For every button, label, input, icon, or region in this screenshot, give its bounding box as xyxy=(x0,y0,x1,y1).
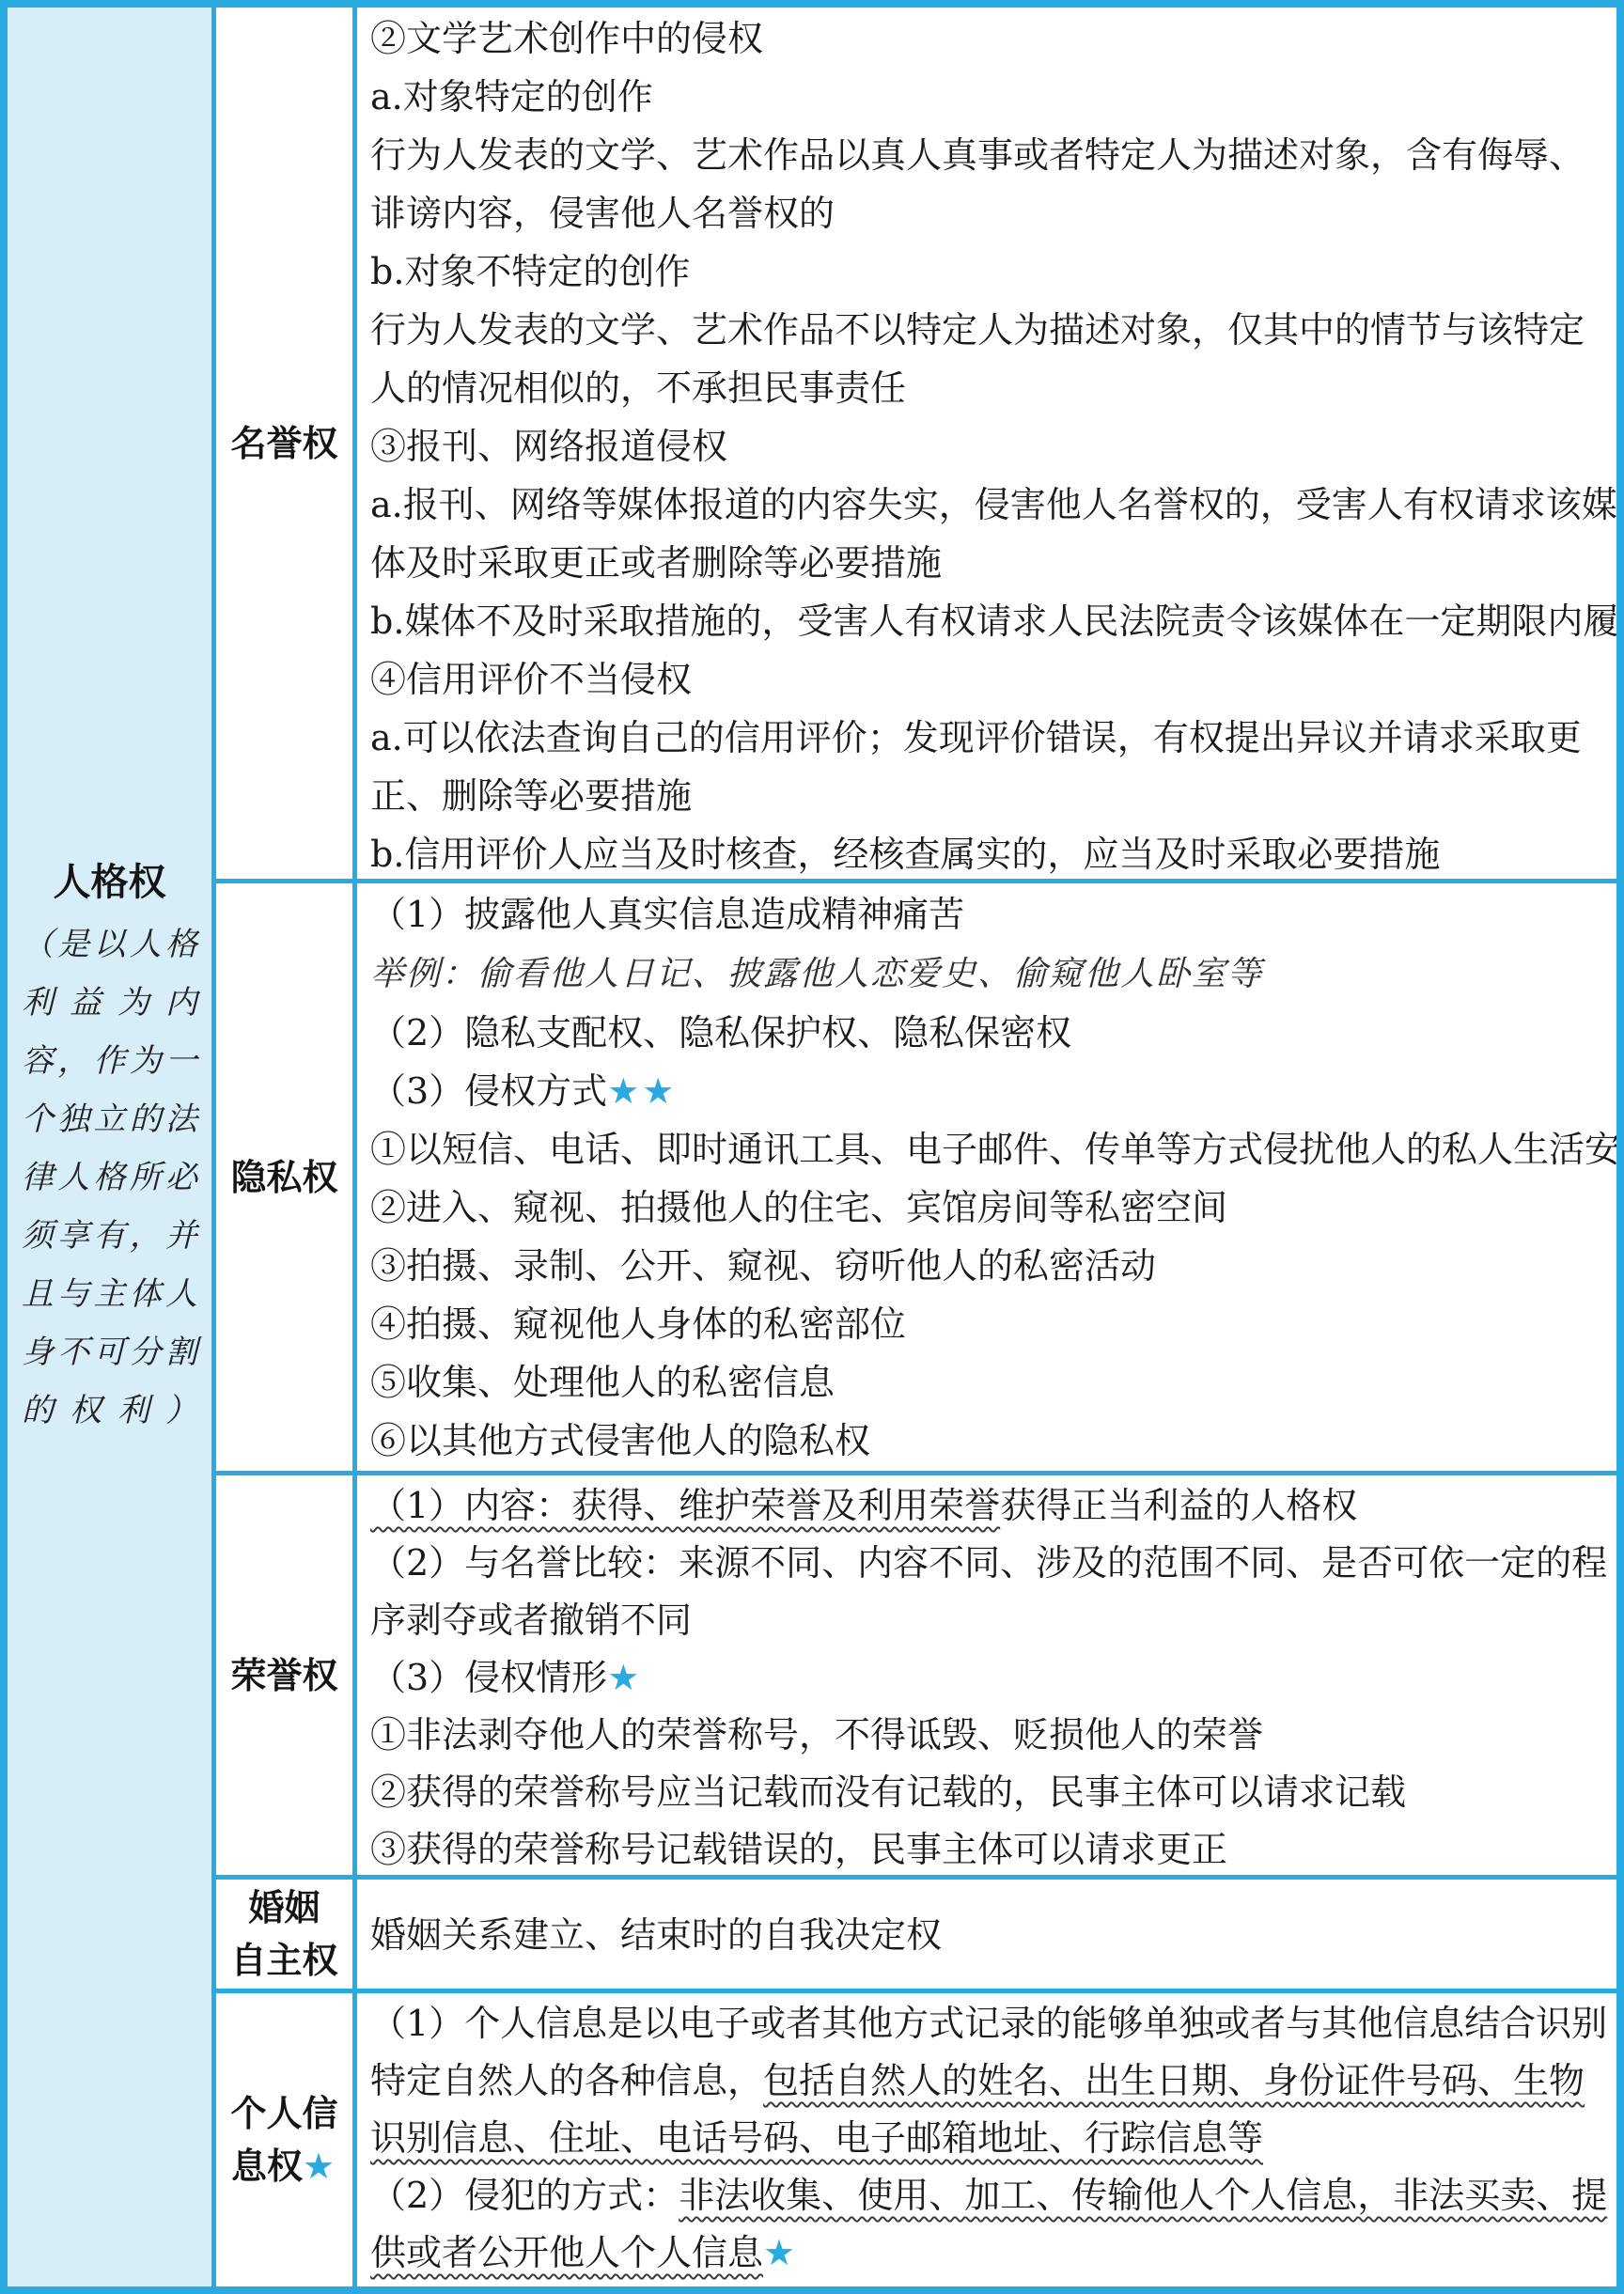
text-segment: 人的情况相似的，不承担民事责任 xyxy=(370,367,906,409)
content-line: 供或者公开他人个人信息★ xyxy=(370,2224,1609,2282)
row-label-line: 荣誉权 xyxy=(230,1649,337,1702)
content-line: ①以短信、电话、即时通讯工具、电子邮件、传单等方式侵扰他人的私人生活安宁 xyxy=(370,1120,1609,1178)
content-line: 正、删除等必要措施 xyxy=(370,767,1609,825)
content-line: 体及时采取更正或者删除等必要措施 xyxy=(370,534,1609,592)
row-label-honor-right: 荣誉权 xyxy=(216,1475,357,1875)
content-line: 人的情况相似的，不承担民事责任 xyxy=(370,359,1609,417)
text-segment: ②进入、窥视、拍摄他人的住宅、宾馆房间等私密空间 xyxy=(370,1187,1227,1228)
row-honor-right: 荣誉权（1）内容：获得、维护荣誉及利用荣誉获得正当利益的人格权（2）与名誉比较：… xyxy=(216,1475,1616,1880)
text-segment: 名誉权 xyxy=(230,423,337,464)
text-segment: a.对象特定的创作 xyxy=(370,76,653,117)
highlighted-text: 非法收集、使用、加工、传输他人个人信息，非法买卖、提 xyxy=(679,2175,1607,2216)
text-segment: （2）侵犯的方式： xyxy=(370,2175,679,2216)
text-segment: 个人信 xyxy=(230,2093,337,2134)
text-segment: b.对象不特定的创作 xyxy=(370,251,690,292)
content-line: a.可以依法查询自己的信用评价；发现评价错误，有权提出异议并请求采取更 xyxy=(370,709,1609,767)
content-line: （1）披露他人真实信息造成精神痛苦 xyxy=(370,885,1609,944)
text-segment: 婚姻关系建立、结束时的自我决定权 xyxy=(370,1914,942,1956)
content-line: 诽谤内容，侵害他人名誉权的 xyxy=(370,184,1609,242)
text-segment: ③报刊、网络报道侵权 xyxy=(370,426,727,467)
content-cell-personal-information-right: （1）个人信息是以电子或者其他方式记录的能够单独或者与其他信息结合识别特定自然人… xyxy=(357,1993,1616,2286)
content-line: ②获得的荣誉称号应当记载而没有记载的，民事主体可以请求记载 xyxy=(370,1764,1609,1821)
description-line: 利益为内 xyxy=(22,974,197,1032)
category-description: （是以人格利益为内容，作为一个独立的法律人格所必须享有，并且与主体人身不可分割的… xyxy=(22,915,197,1440)
text-segment: 序剥夺或者撤销不同 xyxy=(370,1600,692,1641)
text-segment: （2）与名誉比较：来源不同、内容不同、涉及的范围不同、是否可依一定的程 xyxy=(370,1542,1607,1584)
text-segment: 行为人发表的文学、艺术作品以真人真事或者特定人为描述对象，含有侮辱、 xyxy=(370,134,1585,176)
content-line: ⑥以其他方式侵害他人的隐私权 xyxy=(370,1412,1609,1470)
row-label-line: 自主权 xyxy=(230,1934,337,1987)
row-reputation-right: 名誉权②文学艺术创作中的侵权a.对象特定的创作行为人发表的文学、艺术作品以真人真… xyxy=(216,8,1616,883)
content-line: ①非法剥夺他人的荣誉称号，不得诋毁、贬损他人的荣誉 xyxy=(370,1707,1609,1764)
row-label-line: 名誉权 xyxy=(230,417,337,470)
content-line: 特定自然人的各种信息，包括自然人的姓名、出生日期、身份证件号码、生物 xyxy=(370,2052,1609,2110)
text-segment: （1）披露他人真实信息造成精神痛苦 xyxy=(370,894,964,935)
text-segment: （3）侵权方式 xyxy=(370,1070,607,1112)
description-line: 且与主体人 xyxy=(22,1265,197,1323)
text-segment: ⑤收集、处理他人的私密信息 xyxy=(370,1362,835,1403)
text-segment: 荣誉权 xyxy=(230,1655,337,1696)
highlighted-text: 供或者公开他人个人信息 xyxy=(370,2232,763,2273)
content-cell-honor-right: （1）内容：获得、维护荣誉及利用荣誉获得正当利益的人格权（2）与名誉比较：来源不… xyxy=(357,1475,1616,1875)
content-line: ③获得的荣誉称号记载错误的，民事主体可以请求更正 xyxy=(370,1821,1609,1875)
content-line: （1）内容：获得、维护荣誉及利用荣誉获得正当利益的人格权 xyxy=(370,1477,1609,1535)
row-label-privacy-right: 隐私权 xyxy=(216,883,357,1471)
content-line: （3）侵权情形★ xyxy=(370,1649,1609,1707)
star-icon: ★ xyxy=(303,2146,337,2187)
content-line: ③报刊、网络报道侵权 xyxy=(370,417,1609,476)
text-segment: ③拍摄、录制、公开、窥视、窃听他人的私密活动 xyxy=(370,1245,1156,1287)
text-segment: ④信用评价不当侵权 xyxy=(370,659,692,700)
description-line: 的权利） xyxy=(22,1381,197,1440)
highlighted-text: （1）内容：获得、维护荣誉及利用荣誉 xyxy=(370,1485,1000,1526)
content-line: 识别信息、住址、电话号码、电子邮箱地址、行踪信息等 xyxy=(370,2110,1609,2167)
description-line: 容，作为一 xyxy=(22,1032,197,1090)
content-cell-marriage-autonomy-right: 婚姻关系建立、结束时的自我决定权 xyxy=(357,1880,1616,1989)
left-merged-cell: 人格权 （是以人格利益为内容，作为一个独立的法律人格所必须享有，并且与主体人身不… xyxy=(8,8,216,2286)
content-line: ④拍摄、窥视他人身体的私密部位 xyxy=(370,1295,1609,1353)
description-line: 律人格所必 xyxy=(22,1148,197,1207)
content-line: ②进入、窥视、拍摄他人的住宅、宾馆房间等私密空间 xyxy=(370,1178,1609,1237)
text-segment: 隐私权 xyxy=(230,1157,337,1198)
text-segment: 息权 xyxy=(231,2146,303,2187)
text-segment: （3）侵权情形 xyxy=(370,1657,607,1698)
content-line: （2）隐私支配权、隐私保护权、隐私保密权 xyxy=(370,1004,1609,1062)
text-segment: ②获得的荣誉称号应当记载而没有记载的，民事主体可以请求记载 xyxy=(370,1771,1406,1813)
text-segment: 举例：偷看他人日记、披露他人恋爱史、偷窥他人卧室等 xyxy=(370,955,1263,993)
content-line: （3）侵权方式★★ xyxy=(370,1062,1609,1120)
text-segment: ③获得的荣誉称号记载错误的，民事主体可以请求更正 xyxy=(370,1829,1227,1870)
row-label-line: 息权★ xyxy=(231,2140,337,2193)
text-segment: ②文学艺术创作中的侵权 xyxy=(370,18,763,59)
row-label-line: 个人信 xyxy=(230,2087,337,2140)
content-line: b.信用评价人应当及时核查，经核查属实的，应当及时采取必要措施 xyxy=(370,825,1609,879)
description-line: （是以人格 xyxy=(22,915,197,974)
text-segment: a.可以依法查询自己的信用评价；发现评价错误，有权提出异议并请求采取更 xyxy=(370,717,1582,758)
content-line: ⑤收集、处理他人的私密信息 xyxy=(370,1353,1609,1412)
content-line: （2）侵犯的方式：非法收集、使用、加工、传输他人个人信息，非法买卖、提 xyxy=(370,2167,1609,2224)
description-line: 个独立的法 xyxy=(22,1090,197,1148)
row-marriage-autonomy-right: 婚姻自主权婚姻关系建立、结束时的自我决定权 xyxy=(216,1880,1616,1993)
main-category-title: 人格权 xyxy=(22,855,197,910)
text-segment: 正、删除等必要措施 xyxy=(370,775,692,817)
content-line: ④信用评价不当侵权 xyxy=(370,650,1609,709)
row-privacy-right: 隐私权（1）披露他人真实信息造成精神痛苦举例：偷看他人日记、披露他人恋爱史、偷窥… xyxy=(216,883,1616,1475)
content-line: 行为人发表的文学、艺术作品不以特定人为描述对象，仅其中的情节与该特定 xyxy=(370,301,1609,359)
page: 人格权 （是以人格利益为内容，作为一个独立的法律人格所必须享有，并且与主体人身不… xyxy=(0,0,1624,2294)
text-segment: 行为人发表的文学、艺术作品不以特定人为描述对象，仅其中的情节与该特定 xyxy=(370,309,1585,351)
text-segment: （2）隐私支配权、隐私保护权、隐私保密权 xyxy=(370,1012,1071,1053)
content-line: 婚姻关系建立、结束时的自我决定权 xyxy=(370,1906,1609,1964)
description-line: 须享有，并 xyxy=(22,1207,197,1265)
content-line: a.对象特定的创作 xyxy=(370,68,1609,126)
row-label-line: 婚姻 xyxy=(248,1881,320,1934)
text-segment: 诽谤内容，侵害他人名誉权的 xyxy=(370,193,835,234)
content-line: b.媒体不及时采取措施的，受害人有权请求人民法院责令该媒体在一定期限内履行 xyxy=(370,592,1609,650)
text-segment: b.信用评价人应当及时核查，经核查属实的，应当及时采取必要措施 xyxy=(370,834,1440,875)
content-line: 行为人发表的文学、艺术作品以真人真事或者特定人为描述对象，含有侮辱、 xyxy=(370,126,1609,184)
row-label-marriage-autonomy-right: 婚姻自主权 xyxy=(216,1880,357,1989)
row-label-line: 隐私权 xyxy=(230,1151,337,1204)
text-segment: 获得正当利益的人格权 xyxy=(1000,1485,1357,1526)
text-segment: a.报刊、网络等媒体报道的内容失实，侵害他人名誉权的，受害人有权请求该媒 xyxy=(370,484,1616,525)
star-icon: ★★ xyxy=(607,1070,677,1112)
star-icon: ★ xyxy=(607,1657,642,1698)
content-line: a.报刊、网络等媒体报道的内容失实，侵害他人名誉权的，受害人有权请求该媒 xyxy=(370,476,1609,534)
text-segment: ①以短信、电话、即时通讯工具、电子邮件、传单等方式侵扰他人的私人生活安宁 xyxy=(370,1129,1616,1170)
content-line: ②文学艺术创作中的侵权 xyxy=(370,9,1609,68)
content-cell-reputation-right: ②文学艺术创作中的侵权a.对象特定的创作行为人发表的文学、艺术作品以真人真事或者… xyxy=(357,8,1616,879)
text-segment: ⑥以其他方式侵害他人的隐私权 xyxy=(370,1420,870,1461)
rows-container: 名誉权②文学艺术创作中的侵权a.对象特定的创作行为人发表的文学、艺术作品以真人真… xyxy=(216,8,1616,2286)
star-icon: ★ xyxy=(763,2232,798,2273)
text-segment: ④拍摄、窥视他人身体的私密部位 xyxy=(370,1303,906,1345)
row-personal-information-right: 个人信息权★（1）个人信息是以电子或者其他方式记录的能够单独或者与其他信息结合识… xyxy=(216,1993,1616,2286)
content-line: （1）个人信息是以电子或者其他方式记录的能够单独或者与其他信息结合识别 xyxy=(370,1995,1609,2052)
description-line: 身不可分割 xyxy=(22,1323,197,1381)
content-line: （2）与名誉比较：来源不同、内容不同、涉及的范围不同、是否可依一定的程 xyxy=(370,1535,1609,1592)
text-segment: 特定自然人的各种信息， xyxy=(370,2060,763,2101)
highlighted-text: 包括自然人的姓名、出生日期、身份证件号码、生物 xyxy=(763,2060,1585,2101)
text-segment: 体及时采取更正或者删除等必要措施 xyxy=(370,542,942,584)
content-line: b.对象不特定的创作 xyxy=(370,242,1609,301)
row-label-reputation-right: 名誉权 xyxy=(216,8,357,879)
text-segment: 婚姻 xyxy=(248,1887,320,1928)
highlighted-text: 识别信息、住址、电话号码、电子邮箱地址、行踪信息等 xyxy=(370,2117,1263,2159)
content-line: 举例：偷看他人日记、披露他人恋爱史、偷窥他人卧室等 xyxy=(370,944,1609,1004)
content-cell-privacy-right: （1）披露他人真实信息造成精神痛苦举例：偷看他人日记、披露他人恋爱史、偷窥他人卧… xyxy=(357,883,1616,1471)
content-line: ③拍摄、录制、公开、窥视、窃听他人的私密活动 xyxy=(370,1237,1609,1295)
row-label-personal-information-right: 个人信息权★ xyxy=(216,1993,357,2286)
personality-rights-table: 人格权 （是以人格利益为内容，作为一个独立的法律人格所必须享有，并且与主体人身不… xyxy=(0,0,1624,2294)
content-line: 序剥夺或者撤销不同 xyxy=(370,1592,1609,1649)
text-segment: ①非法剥夺他人的荣誉称号，不得诋毁、贬损他人的荣誉 xyxy=(370,1714,1263,1756)
text-segment: （1）个人信息是以电子或者其他方式记录的能够单独或者与其他信息结合识别 xyxy=(370,2003,1607,2044)
text-segment: 自主权 xyxy=(230,1940,337,1981)
text-segment: b.媒体不及时采取措施的，受害人有权请求人民法院责令该媒体在一定期限内履行 xyxy=(370,601,1616,642)
